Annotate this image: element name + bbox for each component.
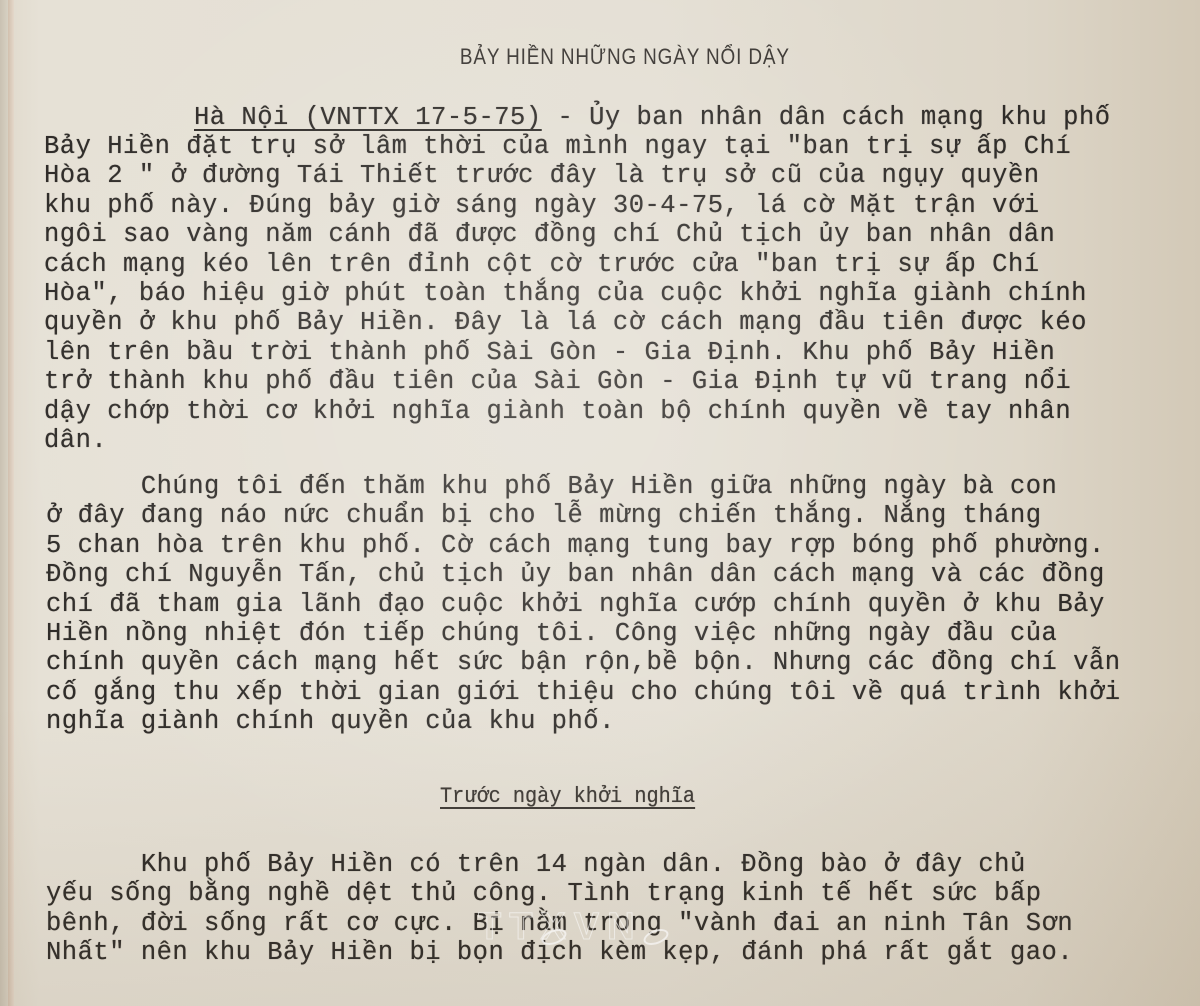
text-line: lên trên bầu trời thành phố Sài Gòn - Gi… bbox=[44, 338, 1087, 367]
section-subheading: Trước ngày khởi nghĩa bbox=[440, 782, 695, 812]
text-line: trở thành khu phố đầu tiên của Sài Gòn -… bbox=[44, 367, 1087, 396]
text-line: chính quyền cách mạng hết sức bận rộn,bề… bbox=[46, 648, 1121, 677]
text-line: ngôi sao vàng năm cánh đã được đồng chí … bbox=[44, 220, 1087, 249]
text-line: nghĩa giành chính quyền của khu phố. bbox=[46, 707, 1121, 736]
text-line: 5 chan hòa trên khu phố. Cờ cách mạng tu… bbox=[46, 531, 1121, 560]
text-line: Hòa", báo hiệu giờ phút toàn thắng của c… bbox=[44, 279, 1087, 308]
text-line: dân. bbox=[44, 426, 1087, 455]
text-line: cố gắng thu xếp thời gian giới thiệu cho… bbox=[46, 678, 1121, 707]
text-line: Hòa 2 " ở đường Tái Thiết trước đây là t… bbox=[44, 161, 1087, 190]
text-line: cách mạng kéo lên trên đỉnh cột cờ trước… bbox=[44, 250, 1087, 279]
lead-text: - Ủy ban nhân dân cách mạng khu phố bbox=[557, 103, 1110, 132]
paragraph-2: Chúng tôi đến thăm khu phố Bảy Hiền giữa… bbox=[46, 472, 1121, 737]
document-page: BẢY HIỀN NHỮNG NGÀY NỔI DẬY Hà Nội (VNTT… bbox=[0, 0, 1200, 1006]
text-line: khu phố này. Đúng bảy giờ sáng ngày 30-4… bbox=[44, 191, 1087, 220]
text-line: yếu sống bằng nghề dệt thủ công. Tình tr… bbox=[46, 879, 1073, 908]
text-line: Đồng chí Nguyễn Tấn, chủ tịch ủy ban nhâ… bbox=[46, 560, 1121, 589]
watermark-logo: TTXVN bbox=[478, 906, 738, 946]
opening-line: Hà Nội (VNTTX 17-5-75) - Ủy ban nhân dân… bbox=[194, 103, 1111, 133]
text-line: Khu phố Bảy Hiền có trên 14 ngàn dân. Đồ… bbox=[46, 850, 1073, 879]
text-line: quyền ở khu phố Bảy Hiền. Đây là lá cờ c… bbox=[44, 308, 1087, 337]
text-line: ở đây đang náo nức chuẩn bị cho lễ mừng … bbox=[46, 501, 1121, 530]
dateline: Hà Nội (VNTTX 17-5-75) bbox=[194, 103, 542, 132]
text-line: Chúng tôi đến thăm khu phố Bảy Hiền giữa… bbox=[46, 472, 1121, 501]
paragraph-1: Bảy Hiền đặt trụ sở lâm thời của mình ng… bbox=[44, 132, 1087, 455]
text-line: dậy chớp thời cơ khởi nghĩa giành toàn b… bbox=[44, 397, 1087, 426]
text-line: Hiền nồng nhiệt đón tiếp chúng tôi. Công… bbox=[46, 619, 1121, 648]
document-title: BẢY HIỀN NHỮNG NGÀY NỔI DẬY bbox=[87, 44, 1162, 70]
text-line: Bảy Hiền đặt trụ sở lâm thời của mình ng… bbox=[44, 132, 1087, 161]
text-line: chí đã tham gia lãnh đạo cuộc khởi nghĩa… bbox=[46, 590, 1121, 619]
